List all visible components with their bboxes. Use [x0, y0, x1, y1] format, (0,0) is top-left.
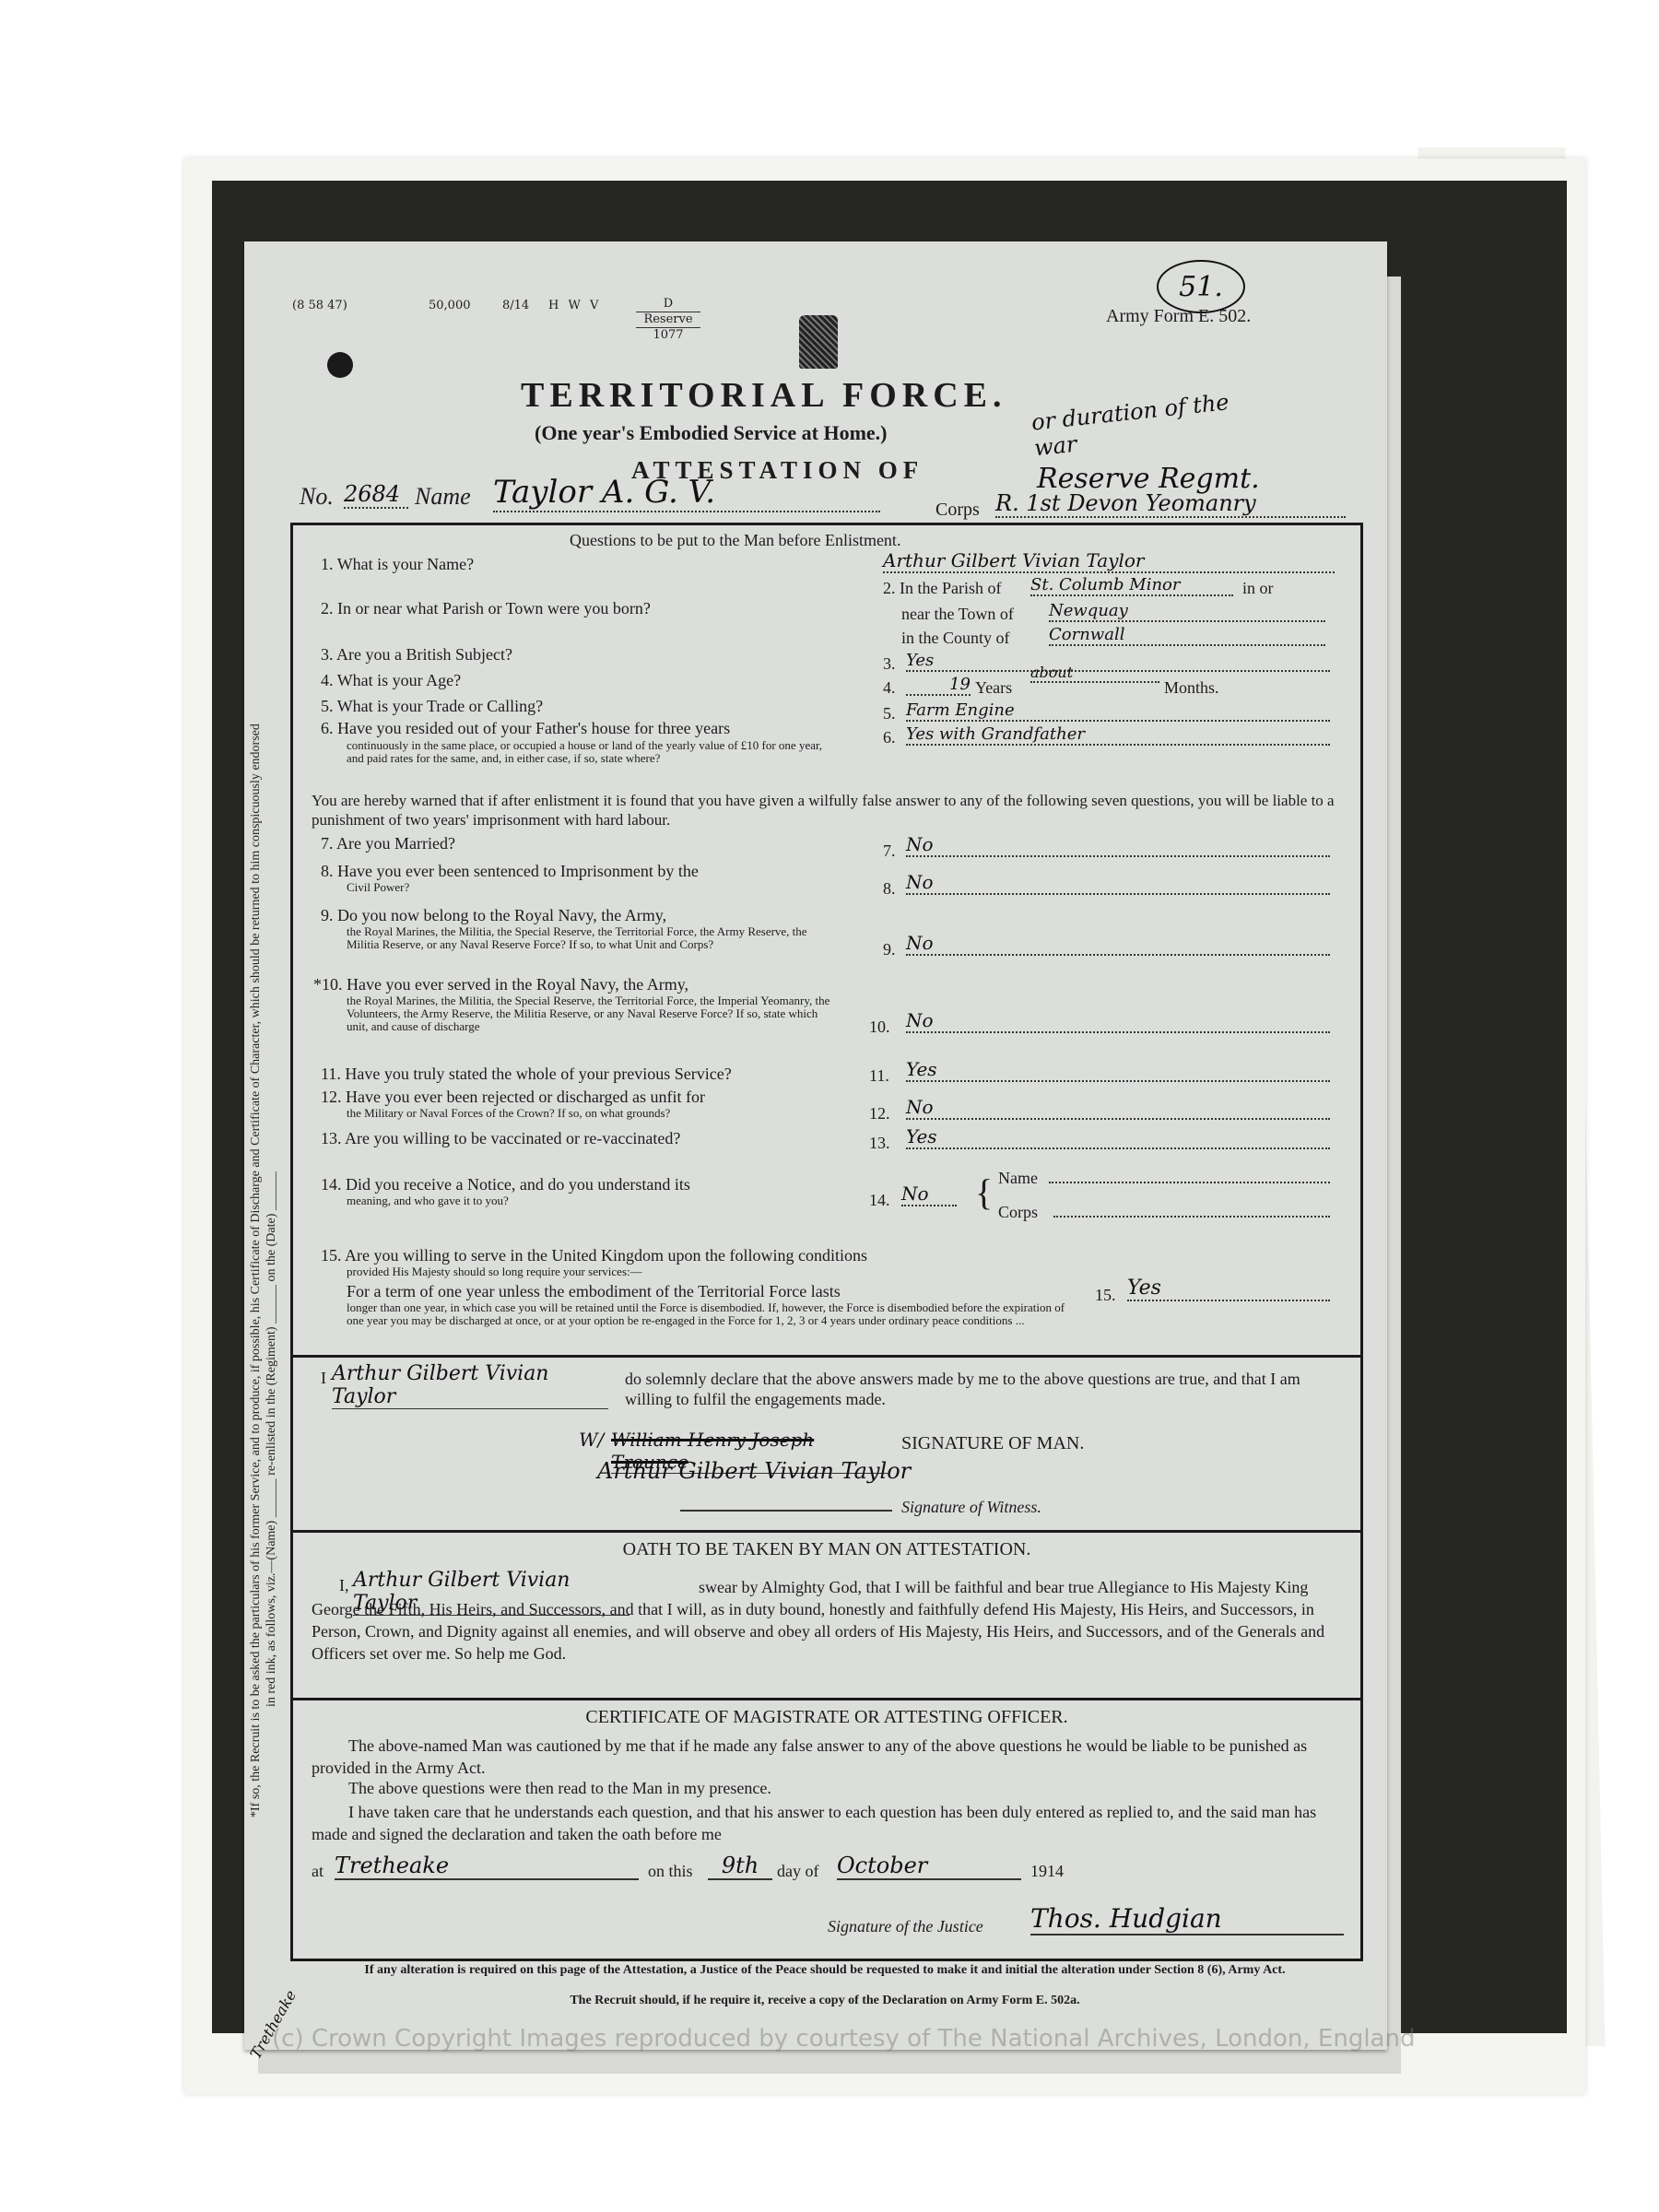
corps-label: Corps [935, 500, 980, 521]
side-note: *If so, the Recruit is to be asked the p… [248, 380, 279, 1818]
question-9: 9. Do you now belong to the Royal Navy, … [321, 906, 837, 951]
reserve-bottom: 1077 [636, 328, 700, 343]
question-6: 6. Have you resided out of your Father's… [321, 719, 837, 738]
answer-5-num: 5. [883, 704, 896, 724]
form-id: Army Form E. 502. [1106, 306, 1251, 327]
year-field: 1914 [1030, 1862, 1064, 1881]
in-or-label: in or [1242, 579, 1274, 598]
subtitle-annotation: or duration of the war [1030, 387, 1256, 462]
side-note-line-2: in red ink, as follows, viz.—(Name) ____… [264, 380, 279, 1818]
reserve-label: Reserve [636, 312, 700, 328]
answer-15: Yes [1127, 1277, 1330, 1301]
divider [293, 1355, 1360, 1358]
answer-12: No [906, 1096, 1330, 1120]
oath-text: swear by Almighty God, that I will be fa… [312, 1576, 1348, 1665]
royal-crest-icon [799, 315, 838, 369]
attestation-form: (8 58 47) 50,000 8/14 H W V D Reserve 10… [244, 241, 1387, 2050]
justice-label: Signature of the Justice [828, 1917, 983, 1936]
name-label: Name [415, 483, 471, 511]
answer-13-num: 13. [869, 1134, 890, 1153]
question-11: 11. Have you truly stated the whole of y… [321, 1065, 874, 1084]
answer-10: No [906, 1009, 1330, 1033]
question-2: 2. In or near what Parish or Town were y… [321, 599, 837, 618]
side-note-line-1: *If so, the Recruit is to be asked the p… [248, 380, 264, 1818]
certificate-para-2: The above questions were then read to th… [348, 1779, 1348, 1798]
question-4: 4. What is your Age? [321, 671, 837, 690]
footer-alteration-note: If any alteration is required on this pa… [336, 1963, 1313, 1978]
day-field: 9th [708, 1853, 772, 1880]
copyright-watermark: (c) Crown Copyright Images reproduced by… [272, 2025, 1415, 2053]
county-value: Cornwall [1049, 625, 1325, 646]
town-label: near the Town of [901, 605, 1014, 624]
question-8: 8. Have you ever been sentenced to Impri… [321, 862, 837, 894]
witness-line [680, 1510, 892, 1512]
answer-7: No [906, 833, 1330, 857]
oath-heading: OATH TO BE TAKEN BY MAN ON ATTESTATION. [293, 1539, 1360, 1560]
number-field: 2684 [344, 481, 408, 509]
at-label: at [312, 1862, 324, 1881]
answer-10-num: 10. [869, 1018, 890, 1037]
answer-9: No [906, 932, 1330, 956]
divider [293, 1698, 1360, 1700]
questions-box: Questions to be put to the Man before En… [290, 523, 1363, 1961]
reserve-top: D [636, 297, 700, 312]
age-years: 19 [906, 675, 971, 696]
question-3: 3. Are you a British Subject? [321, 645, 837, 665]
answer-11: Yes [906, 1058, 1330, 1082]
answer-8-num: 8. [883, 879, 896, 899]
declaration-name: Arthur Gilbert Vivian Taylor [332, 1362, 608, 1409]
number-label: No. [300, 483, 334, 511]
punch-hole [327, 352, 353, 378]
answer-1: Arthur Gilbert Vivian Taylor [883, 549, 1335, 573]
answer-5: Farm Engine [906, 700, 1330, 722]
certificate-heading: CERTIFICATE OF MAGISTRATE OR ATTESTING O… [293, 1707, 1360, 1728]
month-field: October [837, 1853, 1021, 1880]
print-run: 50,000 [429, 299, 471, 312]
reserve-fraction: D Reserve 1077 [636, 297, 700, 343]
declaration-text: do solemnly declare that the above answe… [625, 1369, 1344, 1409]
answer-12-num: 12. [869, 1104, 890, 1124]
divider [293, 1530, 1360, 1533]
county-label: in the County of [901, 629, 1010, 648]
printer-code: H W V [548, 299, 601, 312]
q14-name-field [1049, 1182, 1330, 1183]
certificate-para-3: I have taken care that he understands ea… [312, 1801, 1348, 1845]
parish-value: St. Columb Minor [1030, 575, 1233, 596]
answer-14-num: 14. [869, 1191, 890, 1210]
print-date: 8/14 [502, 299, 529, 312]
q14-corps-label: Corps [998, 1203, 1038, 1222]
question-12: 12. Have you ever been rejected or disch… [321, 1088, 837, 1120]
answer-6: Yes with Grandfather [906, 724, 1330, 746]
questions-heading: Questions to be put to the Man before En… [570, 531, 900, 550]
on-this-label: on this [648, 1862, 693, 1881]
q14-corps-field [1053, 1216, 1330, 1218]
justice-signature: Thos. Hudgian [1030, 1903, 1344, 1935]
town-value: Newquay [1049, 601, 1325, 622]
day-of-label: day of [777, 1862, 818, 1881]
years-label: Years [975, 678, 1012, 698]
certificate-para-1: The above-named Man was cautioned by me … [312, 1735, 1348, 1779]
answer-14: No [901, 1182, 957, 1206]
question-13: 13. Are you willing to be vaccinated or … [321, 1129, 874, 1148]
brace-icon: { [975, 1171, 993, 1214]
footer-copy-note: The Recruit should, if he require it, re… [336, 1994, 1313, 2007]
answer-8: No [906, 871, 1330, 895]
answer-15-num: 15. [1095, 1286, 1116, 1305]
answer-13: Yes [906, 1125, 1330, 1149]
months-label: Months. [1164, 678, 1219, 698]
witness-prefix: W/ [579, 1429, 604, 1451]
question-14: 14. Did you receive a Notice, and do you… [321, 1175, 837, 1207]
place-field: Tretheake [335, 1853, 639, 1880]
q14-name-label: Name [998, 1169, 1038, 1188]
question-10: *10. Have you ever served in the Royal N… [313, 975, 837, 1033]
witness-label: Signature of Witness. [901, 1498, 1041, 1517]
corps-field: R. 1st Devon Yeomanry [995, 490, 1346, 518]
false-answer-warning: You are hereby warned that if after enli… [312, 791, 1344, 829]
answer-6-num: 6. [883, 728, 896, 747]
question-7: 7. Are you Married? [321, 834, 837, 853]
form-subtitle: (One year's Embodied Service at Home.) [535, 421, 888, 445]
man-signature: Arthur Gilbert Vivian Taylor [597, 1458, 911, 1484]
answer-9-num: 9. [883, 940, 896, 959]
parish-label: 2. In the Parish of [883, 579, 1001, 598]
question-5: 5. What is your Trade or Calling? [321, 697, 837, 716]
signature-of-man-label: SIGNATURE OF MAN. [901, 1433, 1084, 1454]
question-1: 1. What is your Name? [321, 555, 837, 574]
answer-11-num: 11. [869, 1066, 889, 1086]
question-6-sub: continuously in the same place, or occup… [347, 739, 826, 765]
form-code: (8 58 47) [292, 299, 347, 312]
answer-4-num: 4. [883, 678, 896, 698]
form-title: TERRITORIAL FORCE. [521, 375, 1007, 416]
name-field: Taylor A. G. V. [493, 474, 880, 512]
declaration-prefix: I [321, 1369, 326, 1388]
question-15: 15. Are you willing to serve in the Unit… [321, 1246, 1077, 1327]
answer-3-num: 3. [883, 654, 896, 674]
age-months: about [1030, 664, 1159, 683]
answer-7-num: 7. [883, 841, 896, 861]
